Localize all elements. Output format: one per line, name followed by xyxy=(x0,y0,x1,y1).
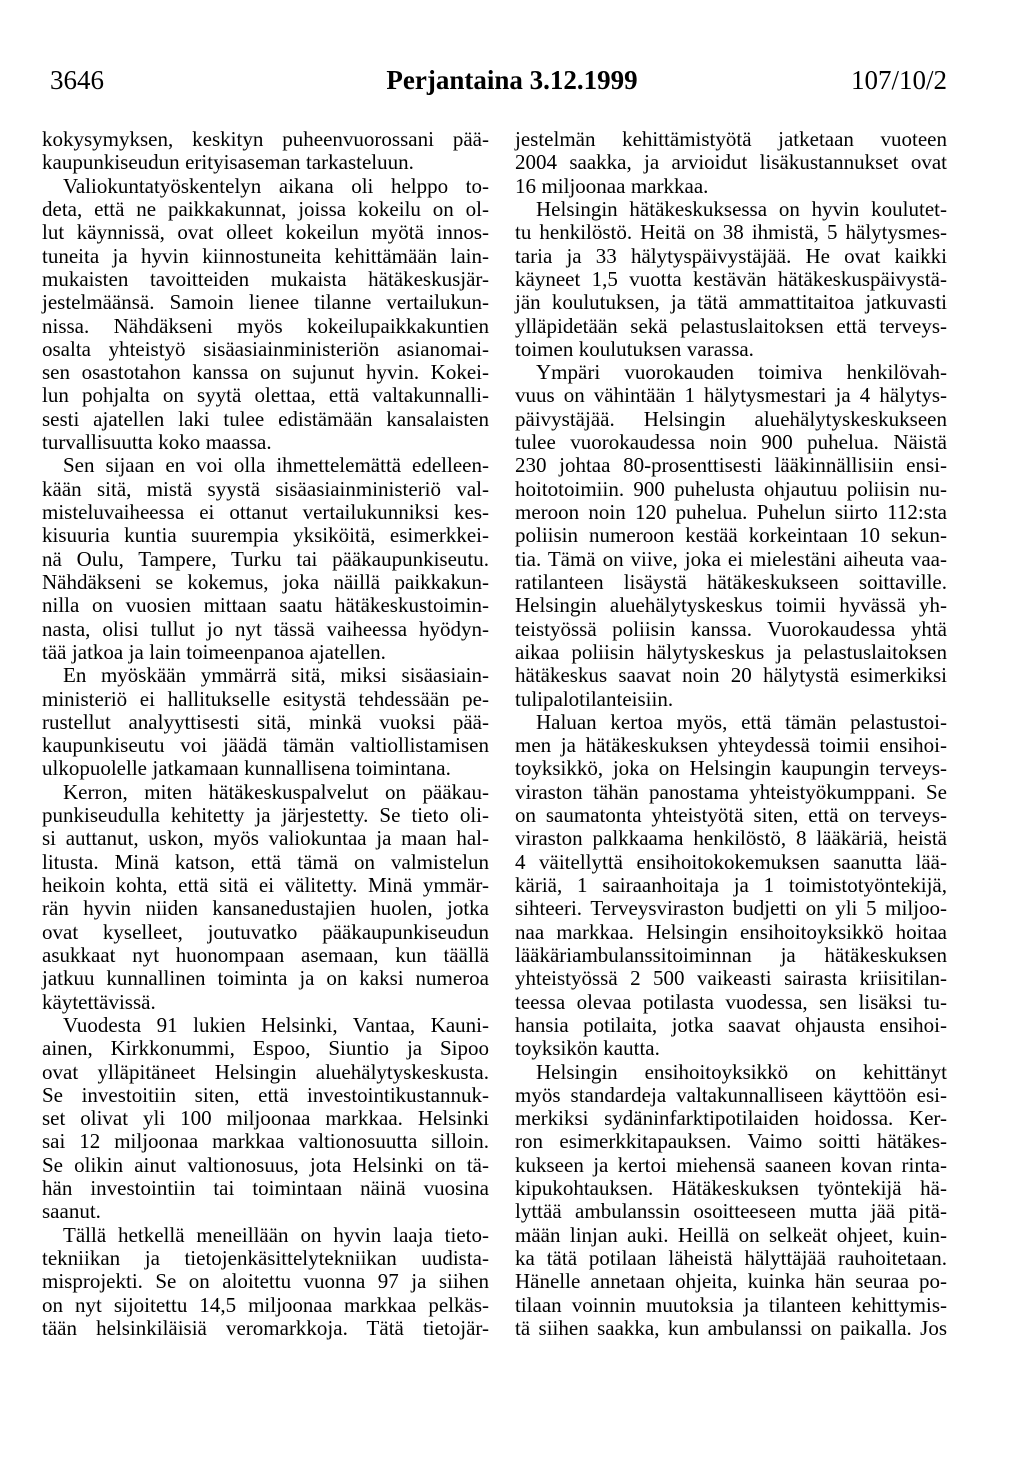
paragraph: Helsingin hätäkeskuksessa on hyvin koulu… xyxy=(515,198,947,361)
text-line: ron esimerkkitapauksen. Vaimo soitti hät… xyxy=(515,1130,947,1153)
text-line: ministeriö ei hallitukselle esitystä teh… xyxy=(42,688,489,711)
text-line: teistyössä poliisin kanssa. Vuorokaudess… xyxy=(515,618,947,641)
paragraph: jestelmän kehittämistyötä jatketaan vuot… xyxy=(515,128,947,198)
text-line: lääkäriambulanssitoiminnan ja hätäkeskuk… xyxy=(515,944,947,967)
text-line: tekniikan ja tietojenkäsittelytekniikan … xyxy=(42,1247,489,1270)
paragraph: kokysymyksen, keskityn puheenvuorossani … xyxy=(42,128,489,175)
paragraph: Valiokuntatyöskentelyn aikana oli helppo… xyxy=(42,175,489,455)
text-line: tia. Tämä on viive, joka ei mielestäni a… xyxy=(515,548,947,571)
text-line: osalta yhteistyö sisäasiainministeriön a… xyxy=(42,338,489,361)
text-line: jestelmäänsä. Samoin lienee tilanne vert… xyxy=(42,291,489,314)
text-line: hätäkeskus saavat noin 20 hälytystä esim… xyxy=(515,664,947,687)
text-line: Tällä hetkellä meneillään on hyvin laaja… xyxy=(42,1224,489,1247)
text-line: tää jatkoa ja lain toimeenpanoa ajatelle… xyxy=(42,641,489,664)
text-line: Se investoitiin siten, että investointik… xyxy=(42,1084,489,1107)
text-line: tilaan voinnin muutoksia ja tilanteen ke… xyxy=(515,1294,947,1317)
text-line: tu henkilöstö. Heitä on 38 ihmistä, 5 hä… xyxy=(515,221,947,244)
text-line: mukaisten tavoitteiden mukaista hätäkesk… xyxy=(42,268,489,291)
text-line: vuus on vähintään 1 hälytysmestari ja 4 … xyxy=(515,384,947,407)
text-line: hansia potilaita, jotka saavat ohjausta … xyxy=(515,1014,947,1037)
text-line: 16 miljoonaa markkaa. xyxy=(515,175,947,198)
text-line: kipukohtauksen. Hätäkeskuksen työntekijä… xyxy=(515,1177,947,1200)
paragraph: Kerron, miten hätäkeskuspalvelut on pääk… xyxy=(42,781,489,1014)
text-line: asukkaat nyt huonompaan asemaan, kun tää… xyxy=(42,944,489,967)
text-line: on saumatonta yhteistyötä siten, että on… xyxy=(515,804,947,827)
text-line: myös standardeja valtakunnalliseen käytt… xyxy=(515,1084,947,1107)
text-line: toyksikkö, joka on Helsingin kaupungin t… xyxy=(515,757,947,780)
document-page: 3646 Perjantaina 3.12.1999 107/10/2 koky… xyxy=(0,0,1024,1467)
paragraph: Tällä hetkellä meneillään on hyvin laaja… xyxy=(42,1224,489,1341)
text-line: tulee vuorokaudessa noin 900 puhelua. Nä… xyxy=(515,431,947,454)
text-line: jestelmän kehittämistyötä jatketaan vuot… xyxy=(515,128,947,151)
text-line: misprojekti. Se on aloitettu vuonna 97 j… xyxy=(42,1270,489,1293)
text-line: kaupunkiseudun erityisaseman tarkasteluu… xyxy=(42,151,489,174)
paragraph: En myöskään ymmärrä sitä, miksi sisäasia… xyxy=(42,664,489,781)
text-line: lyttää ambulanssin osoitteeseen mutta jä… xyxy=(515,1200,947,1223)
text-line: lun pohjalta on syytä olettaa, että valt… xyxy=(42,384,489,407)
text-line: lut käynnissä, ovat olleet kokeilun myöt… xyxy=(42,221,489,244)
text-line: set olivat yli 100 miljoonaa markkaa. He… xyxy=(42,1107,489,1130)
text-line: teessa olevaa potilasta vuodessa, sen li… xyxy=(515,991,947,1014)
text-line: heikoin kohta, että sitä ei välitetty. M… xyxy=(42,874,489,897)
text-line: ainen, Kirkkonummi, Espoo, Siuntio ja Si… xyxy=(42,1037,489,1060)
text-line: Nähdäkseni se kokemus, joka näillä paikk… xyxy=(42,571,489,594)
text-line: käytettävissä. xyxy=(42,991,489,1014)
text-line: deta, että ne paikkakunnat, joissa kokei… xyxy=(42,198,489,221)
text-line: käyneet 1,5 vuotta kestävän hätäkeskuspä… xyxy=(515,268,947,291)
text-line: taria ja 33 hälytyspäivystäjää. He ovat … xyxy=(515,245,947,268)
text-line: käriä, 1 sairaanhoitaja ja 1 toimistotyö… xyxy=(515,874,947,897)
text-line: Se olikin ainut valtionosuus, jota Helsi… xyxy=(42,1154,489,1177)
text-line: Haluan kertoa myös, että tämän pelastust… xyxy=(515,711,947,734)
text-line: kisuuria kuntia suurempia yksiköitä, esi… xyxy=(42,524,489,547)
text-line: si auttanut, uskon, myös valiokuntaa ja … xyxy=(42,827,489,850)
text-line: 2004 saakka, ja arvioidut lisäkustannuks… xyxy=(515,151,947,174)
text-line: nissa. Nähdäkseni myös kokeilupaikkakunt… xyxy=(42,315,489,338)
right-column: jestelmän kehittämistyötä jatketaan vuot… xyxy=(515,128,947,1340)
text-line: nä Oulu, Tampere, Turku tai pääkaupunkis… xyxy=(42,548,489,571)
text-line: Helsingin ensihoitoyksikkö on kehittänyt xyxy=(515,1061,947,1084)
text-line: men ja hätäkeskuksen yhteydessä toimii e… xyxy=(515,734,947,757)
text-line: tulipalotilanteisiin. xyxy=(515,688,947,711)
text-line: mään linjan auki. Heillä on selkeät ohje… xyxy=(515,1224,947,1247)
text-line: tä siihen saakka, kun ambulanssi on paik… xyxy=(515,1317,947,1340)
page-number: 3646 xyxy=(50,64,104,96)
text-line: nilla on vuosien mittaan saatu hätäkesku… xyxy=(42,594,489,617)
text-line: Helsingin aluehälytyskeskus toimii hyväs… xyxy=(515,594,947,617)
text-line: tään helsinkiläisiä veromarkkoja. Tätä t… xyxy=(42,1317,489,1340)
paragraph: Sen sijaan en voi olla ihmettelemättä ed… xyxy=(42,454,489,664)
paragraph: Haluan kertoa myös, että tämän pelastust… xyxy=(515,711,947,1061)
text-line: rän hyvin niiden kansanedustajien huolen… xyxy=(42,897,489,920)
text-line: kaupunkiseutu voi jäädä tämän valtiollis… xyxy=(42,734,489,757)
text-line: kokysymyksen, keskityn puheenvuorossani … xyxy=(42,128,489,151)
text-line: toyksikön kautta. xyxy=(515,1037,947,1060)
text-line: viraston palkkaama henkilöstö, 8 lääkäri… xyxy=(515,827,947,850)
text-line: rustellut analyyttisesti sitä, minkä vuo… xyxy=(42,711,489,734)
text-line: toimen koulutuksen varassa. xyxy=(515,338,947,361)
text-line: on nyt sijoitettu 14,5 miljoonaa markkaa… xyxy=(42,1294,489,1317)
text-line: hän investointiin tai toimintaan näinä v… xyxy=(42,1177,489,1200)
left-column: kokysymyksen, keskityn puheenvuorossani … xyxy=(42,128,489,1340)
text-line: En myöskään ymmärrä sitä, miksi sisäasia… xyxy=(42,664,489,687)
text-line: nasta, olisi tullut jo nyt tässä vaihees… xyxy=(42,618,489,641)
document-reference: 107/10/2 xyxy=(851,64,947,96)
text-line: kään sitä, mistä syystä sisäasiainminist… xyxy=(42,478,489,501)
text-line: merkiksi sydäninfarktipotilaiden hoidoss… xyxy=(515,1107,947,1130)
session-date-title: Perjantaina 3.12.1999 xyxy=(386,64,637,96)
text-line: ulkopuolelle jatkamaan kunnallisena toim… xyxy=(42,757,489,780)
text-line: 4 väitellyttä ensihoitokokemuksen saanut… xyxy=(515,851,947,874)
text-line: Vuodesta 91 lukien Helsinki, Vantaa, Kau… xyxy=(42,1014,489,1037)
text-line: päivystäjää. Helsingin aluehälytyskeskuk… xyxy=(515,408,947,431)
text-line: ovat ylläpitäneet Helsingin aluehälytysk… xyxy=(42,1061,489,1084)
text-line: Helsingin hätäkeskuksessa on hyvin koulu… xyxy=(515,198,947,221)
text-line: jän koulutuksen, ja tätä ammattitaitoa j… xyxy=(515,291,947,314)
text-line: ylläpidetään sekä pelastuslaitoksen että… xyxy=(515,315,947,338)
text-line: tuneita ja hyvin kiinnostuneita kehittäm… xyxy=(42,245,489,268)
text-line: Sen sijaan en voi olla ihmettelemättä ed… xyxy=(42,454,489,477)
text-line: kukseen ja kertoi miehensä saaneen kovan… xyxy=(515,1154,947,1177)
text-line: sai 12 miljoonaa markkaa valtionosuutta … xyxy=(42,1130,489,1153)
paragraph: Ympäri vuorokauden toimiva henkilövah-vu… xyxy=(515,361,947,711)
text-line: turvallisuutta koko maassa. xyxy=(42,431,489,454)
text-line: jatkuu kunnallinen toiminta ja on kaksi … xyxy=(42,967,489,990)
text-line: ratilanteen lisäystä hätäkeskukseen soit… xyxy=(515,571,947,594)
text-line: saanut. xyxy=(42,1200,489,1223)
text-line: punkiseudulla kehitetty ja järjestetty. … xyxy=(42,804,489,827)
text-line: Hänelle annetaan ohjeita, kuinka hän seu… xyxy=(515,1270,947,1293)
text-line: Valiokuntatyöskentelyn aikana oli helppo… xyxy=(42,175,489,198)
text-line: ka tätä potilaan läheistä hälyttäjää rau… xyxy=(515,1247,947,1270)
paragraph: Vuodesta 91 lukien Helsinki, Vantaa, Kau… xyxy=(42,1014,489,1224)
text-line: naa markkaa. Helsingin ensihoitoyksikkö … xyxy=(515,921,947,944)
text-line: meroon noin 120 puhelua. Puhelun siirto … xyxy=(515,501,947,524)
text-line: litusta. Minä katson, että tämä on valmi… xyxy=(42,851,489,874)
text-line: hoitotoimiin. 900 puhelusta ohjautuu pol… xyxy=(515,478,947,501)
text-line: sihteeri. Terveysviraston budjetti on yl… xyxy=(515,897,947,920)
text-line: yhteistyössä 2 500 vaikeasti sairasta kr… xyxy=(515,967,947,990)
text-line: poliisin numeroon kestää korkeintaan 10 … xyxy=(515,524,947,547)
paragraph: Helsingin ensihoitoyksikkö on kehittänyt… xyxy=(515,1061,947,1341)
text-line: Kerron, miten hätäkeskuspalvelut on pääk… xyxy=(42,781,489,804)
page-header: 3646 Perjantaina 3.12.1999 107/10/2 xyxy=(0,64,1024,98)
text-line: ovat kyselleet, joutuvatko pääkaupunkise… xyxy=(42,921,489,944)
text-line: sen osastotahon kanssa on sujunut hyvin.… xyxy=(42,361,489,384)
text-line: sesti ajatellen laki tulee edistämään ka… xyxy=(42,408,489,431)
text-line: 230 johtaa 80-prosenttisesti lääkinnälli… xyxy=(515,454,947,477)
text-line: Ympäri vuorokauden toimiva henkilövah- xyxy=(515,361,947,384)
text-line: viraston tähän panostama yhteistyökumppa… xyxy=(515,781,947,804)
text-line: aikaa poliisin hälytyskeskus ja pelastus… xyxy=(515,641,947,664)
text-line: misteluvaiheessa ei ottanut vertailukunn… xyxy=(42,501,489,524)
